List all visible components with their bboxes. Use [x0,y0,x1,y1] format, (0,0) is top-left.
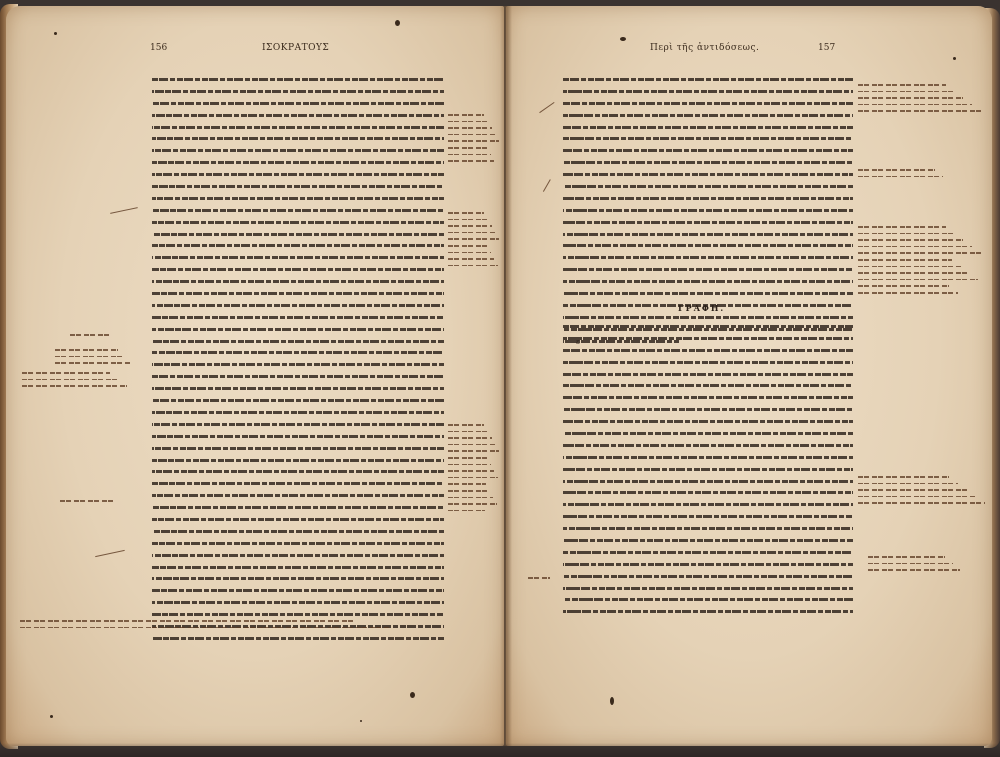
text-line [563,480,853,483]
handwritten-line [448,450,499,452]
handwritten-line [858,266,961,268]
text-line [152,637,444,640]
handwritten-line [858,104,972,106]
text-line [563,126,853,129]
handwritten-line [448,483,486,485]
text-line [152,351,444,354]
text-line [563,185,853,188]
text-line [152,114,444,117]
text-line [563,221,853,224]
text-line [563,468,853,471]
text-line [152,411,444,414]
handwritten-line [448,160,494,162]
text-line [563,244,853,247]
text-line [563,408,853,411]
text-line [563,209,853,212]
text-line [152,328,444,331]
text-line [152,518,444,521]
text-line [563,551,853,554]
right-folio-number: 157 [818,43,835,53]
handwritten-line [448,114,484,116]
handwritten-line [448,503,497,505]
text-line [563,444,853,447]
text-line [563,373,853,376]
handwritten-line [448,464,491,466]
handwritten-line [448,121,488,123]
handwritten-line [448,232,495,234]
text-line [152,233,444,236]
right-outer-margin-note-1 [858,80,983,117]
handwritten-line [22,379,118,381]
text-line [563,349,853,352]
handwritten-line [22,385,127,387]
left-folio-number: 156 [150,43,167,53]
right-outer-margin-note-3 [858,222,983,299]
text-line [563,598,853,601]
right-body-text-lower [563,325,853,622]
text-line [563,316,853,319]
handwritten-line [448,431,488,433]
handwritten-line [448,258,494,260]
handwritten-line [858,292,958,294]
handwritten-line [858,91,954,93]
text-line [152,244,444,247]
section-heading: ΓΡΑΦΗ. [678,303,725,313]
handwritten-line [528,577,550,579]
handwritten-line [448,212,484,214]
left-outer-margin-note-4 [60,496,140,507]
text-line [563,325,853,328]
handwritten-line [858,176,943,178]
text-line [563,491,853,494]
text-line [563,563,853,566]
text-line [563,420,853,423]
text-line [152,542,444,545]
text-line [152,316,444,319]
text-line [152,78,444,81]
ink-speck [953,57,956,60]
handwritten-line [20,627,390,629]
ink-speck [54,32,57,35]
handwritten-line [448,470,494,472]
handwritten-line [448,245,487,247]
text-line [152,126,444,129]
text-line [563,280,853,283]
ink-speck [410,692,415,698]
handwritten-line [448,510,485,512]
text-line [152,447,444,450]
table-shadow [0,743,1000,757]
text-line [563,256,853,259]
handwritten-line [448,225,492,227]
text-line [152,161,444,164]
handwritten-line [448,437,492,439]
text-line [152,423,444,426]
handwritten-line [448,457,487,459]
handwritten-line [858,239,963,241]
text-line [152,459,444,462]
text-line [563,137,853,140]
text-line [152,149,444,152]
handwritten-line [448,497,493,499]
text-line [152,340,444,343]
handwritten-line [448,154,491,156]
ink-speck [360,720,362,722]
left-body-text [152,78,444,649]
text-line [152,221,444,224]
text-line [152,280,444,283]
handwritten-line [448,140,499,142]
text-line [152,292,444,295]
text-line [152,470,444,473]
text-line [152,506,444,509]
text-line [152,399,444,402]
handwritten-line [858,84,946,86]
handwritten-line [448,147,487,149]
handwritten-line [448,424,484,426]
handwritten-line [858,502,985,504]
text-line [563,503,853,506]
text-line [152,601,444,604]
handwritten-line [858,226,946,228]
handwritten-line [858,259,952,261]
text-line [152,197,444,200]
text-line [152,589,444,592]
text-line [152,482,444,485]
handwritten-line [858,285,949,287]
handwritten-line [448,238,499,240]
text-line [152,387,444,390]
handwritten-line [858,272,969,274]
left-bottom-margin-note [20,616,500,633]
text-line [563,575,853,578]
handwritten-line [858,169,935,171]
handwritten-line [448,127,492,129]
text-line [563,337,853,340]
text-line [152,566,444,569]
text-line [563,527,853,530]
handwritten-line [868,556,945,558]
right-outer-margin-note-2 [858,165,968,182]
text-line [563,515,853,518]
text-line [563,587,853,590]
ink-speck [50,715,53,718]
text-line [152,173,444,176]
text-line [152,530,444,533]
left-outer-margin-note-1 [55,345,145,369]
handwritten-line [448,252,491,254]
text-line [152,375,444,378]
handwritten-line [858,483,958,485]
text-line [152,102,444,105]
text-line [563,610,853,613]
right-running-head: Περὶ τῆς ἀντιδόσεως. [650,43,759,53]
text-line [563,456,853,459]
left-inner-margin-note-2 [448,208,500,271]
text-line [152,185,444,188]
text-line [152,363,444,366]
text-line [563,114,853,117]
text-line [152,554,444,557]
handwritten-line [60,500,116,502]
handwritten-line [448,265,498,267]
text-line [152,137,444,140]
handwritten-line [858,110,981,112]
left-inner-margin-note-1 [448,110,500,167]
handwritten-line [858,97,963,99]
text-line [152,256,444,259]
handwritten-line [448,134,495,136]
text-line [152,268,444,271]
handwritten-line [858,233,954,235]
text-line [563,78,853,81]
text-line [152,435,444,438]
handwritten-line [858,476,949,478]
handwritten-line [22,372,110,374]
ink-speck [395,20,400,26]
open-book: 156 ΙΣΟΚΡΑΤΟΥΣ Περὶ τῆς ἀντιδόσεως. 157 … [0,0,1000,757]
text-line [563,432,853,435]
left-outer-margin-note-3 [22,368,147,392]
right-outer-margin-note-5 [868,552,978,576]
text-line [152,304,444,307]
ink-speck [610,697,614,705]
handwritten-line [858,279,978,281]
right-outer-margin-note-4 [858,472,988,509]
handwritten-line [858,489,967,491]
left-inner-margin-note-3 [448,420,500,516]
text-line [563,149,853,152]
text-line [152,90,444,93]
left-running-head: ΙΣΟΚΡΑΤΟΥΣ [262,43,329,53]
handwritten-line [448,490,490,492]
text-line [152,494,444,497]
handwritten-line [448,477,498,479]
handwritten-line [55,356,124,358]
ink-speck [620,37,626,41]
text-line [152,209,444,212]
handwritten-line [868,569,960,571]
text-line [563,384,853,387]
handwritten-line [448,219,488,221]
handwritten-line [858,246,972,248]
handwritten-line [20,620,356,622]
text-line [563,268,853,271]
text-line [563,361,853,364]
handwritten-line [858,252,981,254]
handwritten-line [55,362,131,364]
text-line [563,90,853,93]
text-line [563,102,853,105]
book-gutter [500,6,512,746]
text-line [563,173,853,176]
handwritten-line [70,334,112,336]
text-line [563,161,853,164]
text-line [563,233,853,236]
text-line [563,197,853,200]
handwritten-line [448,444,495,446]
left-outer-margin-note-2 [70,330,130,341]
text-line [563,292,853,295]
text-line [563,539,853,542]
handwritten-line [55,349,118,351]
handwritten-line [868,563,953,565]
text-line [152,577,444,580]
right-inner-margin-note [528,573,560,584]
handwritten-line [858,496,976,498]
text-line [563,396,853,399]
